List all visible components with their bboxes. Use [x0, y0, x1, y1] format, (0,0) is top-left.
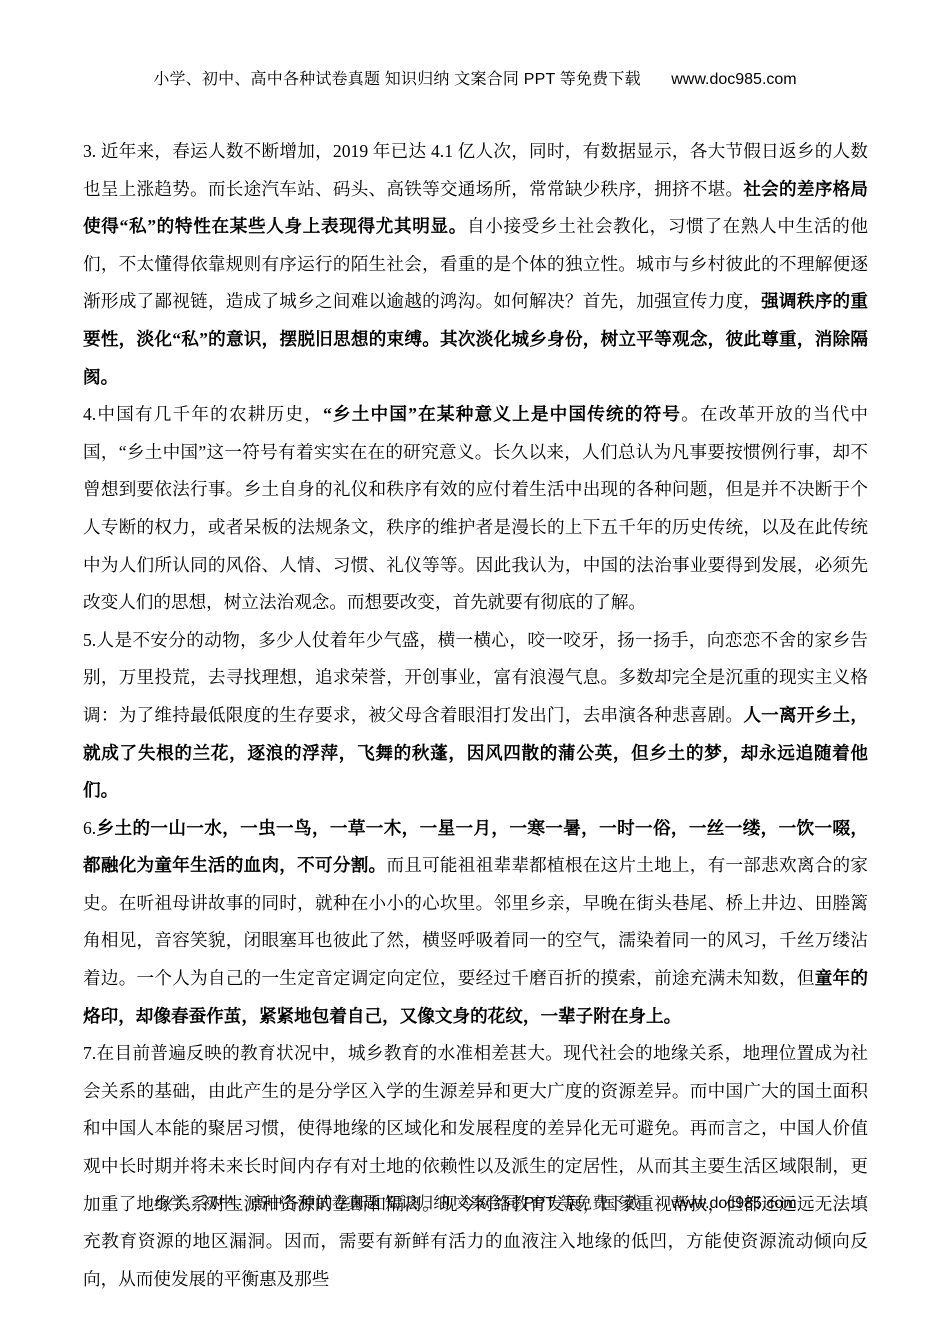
bold-text-run: “乡土中国”在某种意义上是中国传统的符号	[323, 404, 681, 424]
text-run: 7.在目前普遍反映的教育状况中，城乡教育的水准相差甚大。现代社会的地缘关系，地理…	[83, 1043, 868, 1289]
paragraph-3: 3. 近年来，春运人数不断增加，2019 年已达 4.1 亿人次，同时，有数据显…	[83, 133, 868, 396]
document-page: 小学、初中、高中各种试卷真题 知识归纳 文案合同 PPT 等免费下载 www.d…	[0, 0, 950, 1344]
footer-site-url: www.doc985.com	[671, 1195, 796, 1213]
text-run: 。在改革开放的当代中国，“乡土中国”这一符号有着实实在在的研究意义。长久以来，人…	[83, 404, 868, 612]
page-header: 小学、初中、高中各种试卷真题 知识归纳 文案合同 PPT 等免费下载 www.d…	[0, 66, 950, 89]
paragraph-7: 7.在目前普遍反映的教育状况中，城乡教育的水准相差甚大。现代社会的地缘关系，地理…	[83, 1035, 868, 1298]
paragraph-4: 4.中国有几千年的农耕历史，“乡土中国”在某种意义上是中国传统的符号。在改革开放…	[83, 396, 868, 622]
footer-promo-text: 小学、初中、高中各种试卷真题 知识归纳 文案合同 PPT 等免费下载	[153, 1195, 640, 1212]
document-body: 3. 近年来，春运人数不断增加，2019 年已达 4.1 亿人次，同时，有数据显…	[83, 133, 868, 1298]
paragraph-6: 6.乡土的一山一水，一虫一鸟，一草一木，一星一月，一寒一暑，一时一俗，一丝一缕，…	[83, 810, 868, 1036]
paragraph-5: 5.人是不安分的动物，多少人仗着年少气盛，横一横心，咬一咬牙，扬一扬手，向恋恋不…	[83, 622, 868, 810]
header-site-url: www.doc985.com	[671, 71, 796, 89]
text-run: 4.中国有几千年的农耕历史，	[83, 404, 323, 424]
text-run: 6.	[83, 818, 96, 838]
page-footer: 小学、初中、高中各种试卷真题 知识归纳 文案合同 PPT 等免费下载 www.d…	[0, 1190, 950, 1213]
header-promo-text: 小学、初中、高中各种试卷真题 知识归纳 文案合同 PPT 等免费下载	[153, 71, 640, 88]
